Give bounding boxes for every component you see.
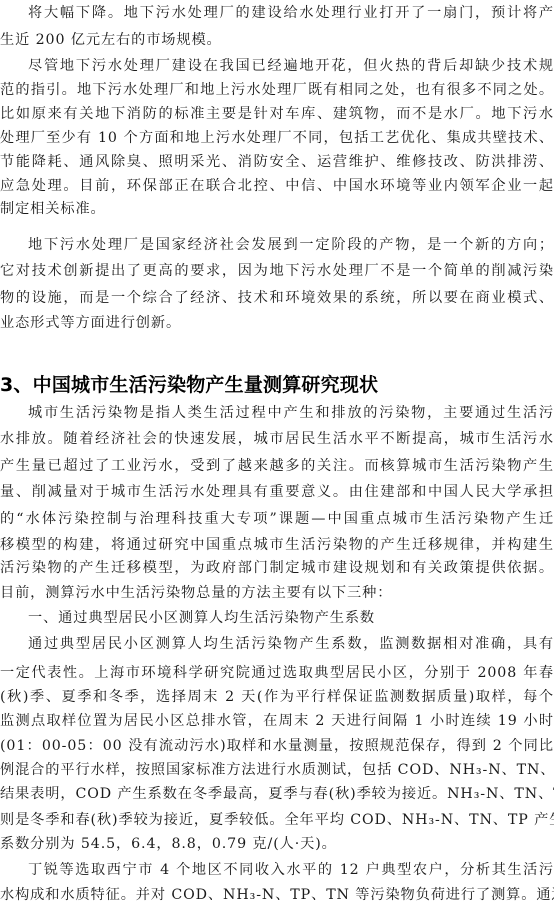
paragraph-line: 物的设施，而是一个综合了经济、技术和环境效果的系统，所以要在商业模式、 — [0, 288, 554, 308]
paragraph-line: 的“水体污染控制与治理科技重大专项”课题—中国重点城市生活污染物产生迁 — [0, 509, 554, 529]
paragraph-line: 则是冬季和春(秋)季较为接近，夏季较低。全年平均 COD、NH₃-N、TN、TP… — [0, 810, 554, 830]
paragraph-line: 活污染物的产生迁移模型，为政府部门制定城市建设规划和有关政策提供依据。 — [0, 558, 554, 578]
paragraph-line: 移模型的构建，将通过研究中国重点城市生活污染物的产生迁移规律，并构建生 — [0, 535, 554, 555]
paragraph-line: 结果表明，COD 产生系数在冬季最高，夏季与春(秋)季较为接近。NH₃-N、TN… — [0, 784, 554, 804]
paragraph-line: 城市生活污染物是指人类生活过程中产生和排放的污染物，主要通过生活污 — [0, 403, 554, 423]
paragraph-line: (秋)季、夏季和冬季，选择周末 2 天(作为平行样保证监测数据质量)取样，每个 — [0, 687, 554, 707]
paragraph-line: 丁锐等选取西宁市 4 个地区不同收入水平的 12 户典型农户，分析其生活污 — [0, 860, 554, 880]
paragraph-line: 应急处理。目前，环保部正在联合北控、中信、中国水环境等业内领军企业一起 — [0, 176, 554, 196]
paragraph-line: 比如原来有关地下消防的标准主要是针对车库、建筑物，而不是水厂。地下污水 — [0, 104, 554, 124]
paragraph-line: 它对技术创新提出了更高的要求，因为地下污水处理厂不是一个简单的削减污染 — [0, 261, 554, 281]
section-heading: 3、中国城市生活污染物产生量测算研究现状 — [0, 371, 554, 399]
paragraph-line: 例混合的平行水样，按照国家标准方法进行水质测试，包括 COD、NH₃-N、TN、… — [0, 760, 554, 780]
paragraph-line: 系数分别为 54.5，6.4，8.8，0.79 克/(人·天)。 — [0, 834, 554, 854]
subsection-heading: 一、通过典型居民小区测算人均生活污染物产生系数 — [0, 608, 554, 628]
paragraph-line: 范的指引。地下污水处理厂和地上污水处理厂既有相同之处，也有很多不同之处。 — [0, 80, 554, 100]
paragraph-line: 将大幅下降。地下污水处理厂的建设给水处理行业打开了一扇门，预计将产 — [0, 3, 554, 23]
paragraph-line: 通过典型居民小区测算人均生活污染物产生系数，监测数据相对准确，具有 — [0, 634, 554, 654]
paragraph-line: 处理厂至少有 10 个方面和地上污水处理厂不同，包括工艺优化、集成共壁技术、 — [0, 128, 554, 148]
paragraph-line: 业态形式等方面进行创新。 — [0, 313, 554, 333]
paragraph-line: 一定代表性。上海市环境科学研究院通过选取典型居民小区，分别于 2008 年春 — [0, 663, 554, 683]
paragraph-line: (01：00-05：00 没有流动污水)取样和水量测量，按照规范保存，得到 2 … — [0, 736, 554, 756]
paragraph-line: 水构成和水质特征。并对 COD、NH₃-N、TP、TN 等污染物负荷进行了测算。… — [0, 885, 554, 905]
paragraph-line: 水排放。随着经济社会的快速发展，城市居民生活水平不断提高，城市生活污水 — [0, 429, 554, 449]
paragraph-line: 制定相关标准。 — [0, 199, 554, 219]
paragraph-line: 量、削减量对于城市生活污水处理具有重要意义。由住建部和中国人民大学承担 — [0, 482, 554, 502]
paragraph-line: 目前，测算污水中生活污染物总量的方法主要有以下三种： — [0, 583, 554, 603]
paragraph-line: 节能降耗、通风除臭、照明采光、消防安全、运营维护、维修技改、防洪排涝、 — [0, 152, 554, 172]
paragraph-line: 地下污水处理厂是国家经济社会发展到一定阶段的产物，是一个新的方向； — [0, 235, 554, 255]
paragraph-line: 产生量已超过了工业污水，受到了越来越多的关注。而核算城市生活污染物产生 — [0, 456, 554, 476]
document-page: 将大幅下降。地下污水处理厂的建设给水处理行业打开了一扇门，预计将产 生近 200… — [0, 0, 554, 921]
paragraph-line: 尽管地下污水处理厂建设在我国已经遍地开花，但火热的背后却缺少技术规 — [0, 56, 554, 76]
paragraph-line: 生近 200 亿元左右的市场规模。 — [0, 30, 554, 50]
paragraph-line: 监测点取样位置为居民小区总排水管，在周末 2 天进行间隔 1 小时连续 19 小… — [0, 711, 554, 731]
